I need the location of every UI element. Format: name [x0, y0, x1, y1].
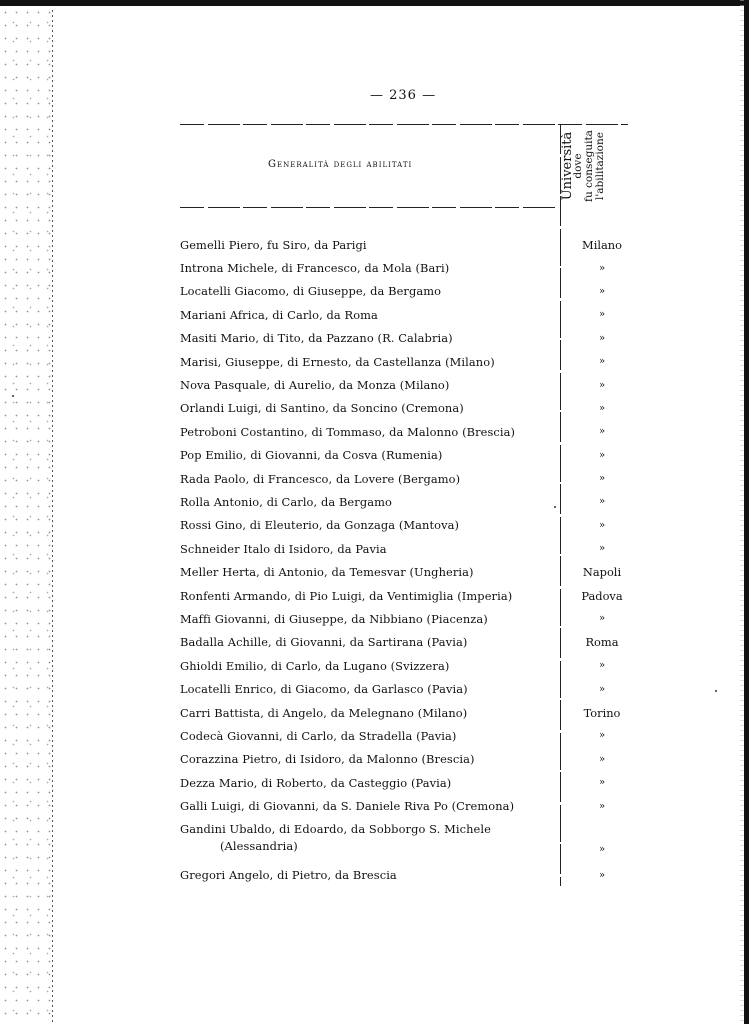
person-name: Petroboni Costantino, di Tommaso, da Mal… — [180, 425, 560, 439]
person-name: Nova Pasquale, di Aurelio, da Monza (Mil… — [180, 378, 560, 392]
scan-border-right — [744, 0, 749, 1024]
table-row: Pop Emilio, di Giovanni, da Cosva (Rumen… — [180, 444, 640, 467]
person-name: Ronfenti Armando, di Pio Luigi, da Venti… — [180, 589, 560, 603]
university-ditto: » — [564, 450, 640, 461]
university-ditto: » — [564, 380, 640, 391]
column-header-universita: Università dove fu conseguita l'abilitaz… — [562, 126, 628, 206]
person-name: Rada Paolo, di Francesco, da Lovere (Ber… — [180, 472, 560, 486]
university-ditto: » — [564, 730, 640, 741]
university-ditto: » — [564, 684, 640, 695]
person-name-line2: (Alessandria) — [180, 838, 560, 855]
table-row: Gregori Angelo, di Pietro, da Brescia» — [180, 864, 640, 887]
table-row: Orlandi Luigi, di Santino, da Soncino (C… — [180, 397, 640, 420]
scan-noise-left — [0, 6, 54, 1024]
table-row: Gandini Ubaldo, di Edoardo, da Sobborgo … — [180, 818, 640, 864]
university: Torino — [564, 706, 640, 720]
scan-speck — [554, 506, 556, 508]
person-name: Orlandi Luigi, di Santino, da Soncino (C… — [180, 401, 560, 415]
university-ditto: » — [564, 777, 640, 788]
university-ditto: » — [564, 543, 640, 554]
person-name: Carri Battista, di Angelo, da Melegnano … — [180, 706, 560, 720]
scan-noise-right — [740, 0, 744, 1024]
table-row: Schneider Italo di Isidoro, da Pavia» — [180, 537, 640, 560]
university-ditto: » — [564, 754, 640, 765]
table-row: Maffi Giovanni, di Giuseppe, da Nibbiano… — [180, 607, 640, 630]
scan-border-top — [0, 0, 749, 6]
table-row: Dezza Mario, di Roberto, da Casteggio (P… — [180, 771, 640, 794]
table-row: Marisi, Giuseppe, di Ernesto, da Castell… — [180, 350, 640, 373]
person-name: Gregori Angelo, di Pietro, da Brescia — [180, 868, 560, 882]
person-name: Gemelli Piero, fu Siro, da Parigi — [180, 238, 560, 252]
person-name: Ghioldi Emilio, di Carlo, da Lugano (Svi… — [180, 659, 560, 673]
scan-speck — [715, 690, 717, 692]
person-name: Meller Herta, di Antonio, da Temesvar (U… — [180, 565, 560, 579]
scan-speck — [12, 395, 14, 397]
university-ditto: » — [564, 496, 640, 507]
table-row: Ronfenti Armando, di Pio Luigi, da Venti… — [180, 584, 640, 607]
university-ditto: » — [564, 426, 640, 437]
person-name: Marisi, Giuseppe, di Ernesto, da Castell… — [180, 355, 560, 369]
university: Milano — [564, 238, 640, 252]
university-ditto: » — [564, 333, 640, 344]
table-row: Locatelli Giacomo, di Giuseppe, da Berga… — [180, 280, 640, 303]
university-ditto: » — [564, 309, 640, 320]
university-ditto: » — [564, 473, 640, 484]
university-ditto: » — [564, 870, 640, 881]
scan-binding-line — [52, 10, 53, 1024]
table-row: Rada Paolo, di Francesco, da Lovere (Ber… — [180, 467, 640, 490]
university-ditto: » — [564, 801, 640, 812]
person-name: Badalla Achille, di Giovanni, da Sartira… — [180, 635, 560, 649]
university-ditto: » — [564, 286, 640, 297]
column-header-generalita: Generalità degli abilitati — [268, 159, 412, 170]
person-name: Codecà Giovanni, di Carlo, da Stradella … — [180, 729, 560, 743]
university: Napoli — [564, 565, 640, 579]
table-row: Galli Luigi, di Giovanni, da S. Daniele … — [180, 794, 640, 817]
university-ditto: » — [564, 520, 640, 531]
person-name: Schneider Italo di Isidoro, da Pavia — [180, 542, 560, 556]
table-row: Corazzina Pietro, di Isidoro, da Malonno… — [180, 748, 640, 771]
university: Roma — [564, 635, 640, 649]
person-name: Galli Luigi, di Giovanni, da S. Daniele … — [180, 799, 560, 813]
person-name: Rolla Antonio, di Carlo, da Bergamo — [180, 495, 560, 509]
person-name: Masiti Mario, di Tito, da Pazzano (R. Ca… — [180, 331, 560, 345]
table-row: Codecà Giovanni, di Carlo, da Stradella … — [180, 724, 640, 747]
table-row: Nova Pasquale, di Aurelio, da Monza (Mil… — [180, 373, 640, 396]
table-row: Carri Battista, di Angelo, da Melegnano … — [180, 701, 640, 724]
table-header-rule — [180, 207, 556, 208]
header-line-4: l'abilitazione — [595, 126, 606, 206]
table-row: Rossi Gino, di Eleuterio, da Gonzaga (Ma… — [180, 514, 640, 537]
page-number: — 236 — — [370, 88, 436, 103]
person-name: Rossi Gino, di Eleuterio, da Gonzaga (Ma… — [180, 518, 560, 532]
person-name-line1: Gandini Ubaldo, di Edoardo, da Sobborgo … — [180, 822, 491, 836]
university-ditto: » — [564, 613, 640, 624]
university-ditto: » — [564, 403, 640, 414]
table-row: Meller Herta, di Antonio, da Temesvar (U… — [180, 560, 640, 583]
person-name: Maffi Giovanni, di Giuseppe, da Nibbiano… — [180, 612, 560, 626]
person-name: Corazzina Pietro, di Isidoro, da Malonno… — [180, 752, 560, 766]
table-body: Gemelli Piero, fu Siro, da ParigiMilano … — [180, 233, 640, 887]
person-name: Dezza Mario, di Roberto, da Casteggio (P… — [180, 776, 560, 790]
table-row: Gemelli Piero, fu Siro, da ParigiMilano — [180, 233, 640, 256]
table-row: Introna Michele, di Francesco, da Mola (… — [180, 256, 640, 279]
person-name: Introna Michele, di Francesco, da Mola (… — [180, 261, 560, 275]
person-name: Pop Emilio, di Giovanni, da Cosva (Rumen… — [180, 448, 560, 462]
table-row: Locatelli Enrico, di Giacomo, da Garlasc… — [180, 677, 640, 700]
university-ditto: » — [564, 356, 640, 367]
table-row: Petroboni Costantino, di Tommaso, da Mal… — [180, 420, 640, 443]
university-ditto: » — [564, 263, 640, 274]
university: Padova — [564, 589, 640, 603]
university-ditto: » — [564, 844, 640, 855]
person-name: Gandini Ubaldo, di Edoardo, da Sobborgo … — [180, 818, 560, 855]
person-name: Locatelli Enrico, di Giacomo, da Garlasc… — [180, 682, 560, 696]
table-row: Badalla Achille, di Giovanni, da Sartira… — [180, 631, 640, 654]
table-row: Rolla Antonio, di Carlo, da Bergamo» — [180, 490, 640, 513]
university-ditto: » — [564, 660, 640, 671]
table-row: Masiti Mario, di Tito, da Pazzano (R. Ca… — [180, 327, 640, 350]
table-row: Ghioldi Emilio, di Carlo, da Lugano (Svi… — [180, 654, 640, 677]
person-name: Locatelli Giacomo, di Giuseppe, da Berga… — [180, 284, 560, 298]
table-row: Mariani Africa, di Carlo, da Roma» — [180, 303, 640, 326]
person-name: Mariani Africa, di Carlo, da Roma — [180, 308, 560, 322]
